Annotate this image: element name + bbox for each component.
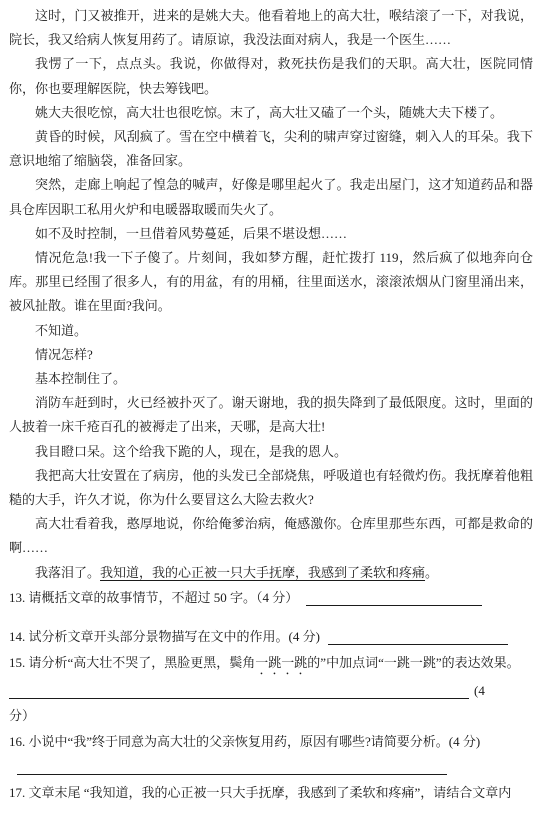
answer-blank-q13 — [306, 594, 482, 606]
question-13: 13. 请概括文章的故事情节，不超过 50 字。（4 分） — [9, 585, 533, 611]
exam-document-page: 这时，门又被推开，进来的是姚大夫。他看着地上的高大壮，喉结滚了一下，对我说，院长… — [0, 0, 539, 829]
question-13-label: 13. 请概括文章的故事情节，不超过 50 字。（4 分） — [9, 590, 298, 605]
question-17: 17. 文章末尾 “我知道，我的心正被一只大手抚摩，我感到了柔软和疼痛”，请结合… — [9, 780, 533, 806]
question-section: 13. 请概括文章的故事情节，不超过 50 字。（4 分） 14. 试分析文章开… — [9, 585, 533, 806]
story-paragraph-6: 如不及时控制，一旦借着风势蔓延，后果不堪设想…… — [9, 222, 533, 246]
question-15-label-before: 15. 请分析“高大壮不哭了，黑脸更黑，鬓角 — [9, 655, 255, 670]
story-paragraph-1: 这时，门又被推开，进来的是姚大夫。他看着地上的高大壮，喉结滚了一下，对我说，院长… — [9, 4, 533, 52]
question-15-label-after: 的”中加点词“一跳一跳”的表达效果。 — [307, 655, 519, 670]
answer-line-q15: (4 — [9, 678, 533, 704]
story-paragraph-11: 消防车赶到时，火已经被扑灭了。谢天谢地，我的损失降到了最低限度。这时，里面的人披… — [9, 391, 533, 439]
underlined-sentence: 我知道，我的心正被一只大手抚摩，我感到了柔软和疼痛 — [100, 565, 425, 580]
story-paragraph-4: 黄昏的时候，风刮疯了。雪在空中横着飞，尖利的啸声穿过窗缝，刺入人的耳朵。我下意识… — [9, 125, 533, 173]
story-paragraph-12: 我目瞪口呆。这个给我下跪的人，现在，是我的恩人。 — [9, 440, 533, 464]
question-14: 14. 试分析文章开头部分景物描写在文中的作用。(4 分) — [9, 624, 533, 650]
story-paragraph-2: 我愣了一下，点点头。我说，你做得对，救死扶伤是我们的天职。高大壮，医院同情你，你… — [9, 52, 533, 100]
story-paragraph-7: 情况危急!我一下子傻了。片刻间，我如梦方醒，赶忙拨打 119，然后疯了似地奔向仓… — [9, 246, 533, 319]
question-15-score-close: 分） — [9, 703, 533, 729]
emphasized-word: 一跳一跳 — [255, 655, 307, 670]
story-paragraph-8: 不知道。 — [9, 319, 533, 343]
story-paragraph-10: 基本控制住了。 — [9, 367, 533, 391]
answer-blank-q15 — [9, 687, 469, 699]
question-16: 16. 小说中“我”终于同意为高大壮的父亲恢复用药，原因有哪些?请简要分析。(4… — [9, 729, 533, 755]
story-paragraph-5: 突然，走廊上响起了惶急的喊声，好像是哪里起火了。我走出屋门，这才知道药品和器具仓… — [9, 173, 533, 221]
story-paragraph-9: 情况怎样? — [9, 343, 533, 367]
closing-suffix: 。 — [425, 565, 438, 580]
answer-blank-q14 — [328, 633, 508, 645]
story-closing-paragraph: 我落泪了。我知道，我的心正被一只大手抚摩，我感到了柔软和疼痛。 — [9, 561, 533, 585]
reading-passage: 这时，门又被推开，进来的是姚大夫。他看着地上的高大壮，喉结滚了一下，对我说，院长… — [9, 4, 533, 585]
answer-line-q16 — [9, 754, 533, 780]
question-14-label: 14. 试分析文章开头部分景物描写在文中的作用。(4 分) — [9, 629, 320, 644]
story-paragraph-14: 高大壮看着我，憨厚地说，你给俺爹治病，俺感激你。仓库里那些东西，可都是救命的啊…… — [9, 512, 533, 560]
answer-blank-q16 — [17, 763, 447, 775]
story-paragraph-3: 姚大夫很吃惊，高大壮也很吃惊。末了，高大壮又磕了一个头，随姚大夫下楼了。 — [9, 101, 533, 125]
closing-prefix: 我落泪了。 — [35, 565, 100, 580]
question-15: 15. 请分析“高大壮不哭了，黑脸更黑，鬓角一跳一跳的”中加点词“一跳一跳”的表… — [9, 650, 533, 678]
question-15-score-open: (4 — [474, 683, 485, 698]
story-paragraph-13: 我把高大壮安置在了病房，他的头发已全部烧焦，呼吸道也有轻微灼伤。我抚摩着他粗糙的… — [9, 464, 533, 512]
answer-space-q13 — [9, 610, 533, 624]
